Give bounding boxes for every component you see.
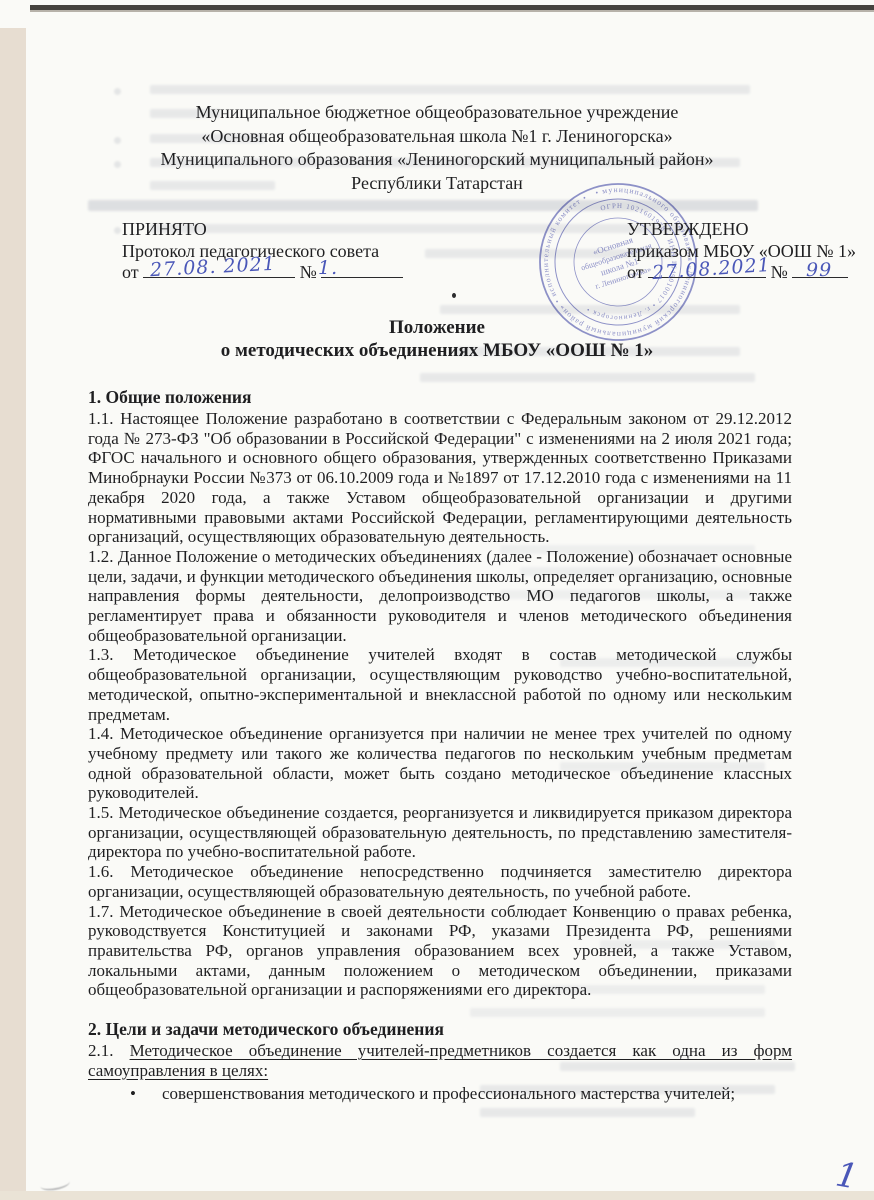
bullet-list-item: • совершенствования методического и проф… — [88, 1084, 792, 1104]
bleedthrough-bullet — [114, 227, 121, 234]
document-title-line-2: о методических объединениях МБОУ «ООШ № … — [0, 339, 874, 362]
scan-edge-top-shadow — [30, 10, 874, 12]
document-title-line-1: Положение — [0, 316, 874, 339]
scan-edge-bottom-strip — [0, 1191, 874, 1200]
document-title: Положение о методических объединениях МБ… — [0, 316, 874, 362]
paragraph-1-5: 1.5. Методическое объединение создается,… — [88, 803, 792, 862]
bullet-item-text: совершенствования методического и профес… — [162, 1084, 735, 1104]
bleedthrough-bullet — [114, 88, 121, 95]
letterhead-line-2: «Основная общеобразовательная школа №1 г… — [0, 125, 874, 149]
approved-title: УТВЕРЖДЕНО — [627, 219, 856, 241]
paragraph-2-1: 2.1. Методическое объединение учителей-п… — [88, 1041, 792, 1080]
bullet-marker: • — [130, 1084, 162, 1104]
bleedthrough-line — [150, 85, 750, 94]
accepted-from-label: от — [122, 262, 139, 282]
bleedthrough-line — [480, 1108, 695, 1117]
scanned-document-page: Муниципальное бюджетное общеобразователь… — [0, 0, 874, 1200]
ink-dot-artifact — [452, 293, 456, 298]
paragraph-1-2: 1.2. Данное Положение о методических объ… — [88, 547, 792, 646]
paragraph-1-7: 1.7. Методическое объединение в своей де… — [88, 902, 792, 1001]
letterhead: Муниципальное бюджетное общеобразователь… — [0, 101, 874, 195]
letterhead-line-3: Муниципального образования «Лениногорски… — [0, 148, 874, 172]
paragraph-2-1-text: Методическое объединение учителей-предме… — [88, 1041, 792, 1080]
handwritten-accepted-number: 1. — [318, 257, 338, 279]
section-2-heading: 2. Цели и задачи методического объединен… — [88, 1019, 792, 1039]
accepted-title: ПРИНЯТО — [122, 219, 403, 241]
approved-number-label: № — [771, 262, 788, 282]
paragraph-1-4: 1.4. Методическое объединение организует… — [88, 724, 792, 803]
letterhead-line-4: Республики Татарстан — [0, 172, 874, 196]
letterhead-line-1: Муниципальное бюджетное общеобразователь… — [0, 101, 874, 125]
paragraph-2-1-number: 2.1. — [88, 1041, 114, 1060]
paragraph-1-1: 1.1. Настоящее Положение разработано в с… — [88, 409, 792, 547]
scan-edge-left-strip — [0, 28, 26, 1200]
document-body: 1. Общие положения 1.1. Настоящее Положе… — [88, 387, 792, 1103]
bleedthrough-line — [420, 373, 755, 382]
paragraph-1-6: 1.6. Методическое объединение непосредст… — [88, 862, 792, 901]
accepted-number-label: № — [300, 262, 317, 282]
handwritten-approved-number: 99 — [806, 259, 832, 281]
section-1-heading: 1. Общие положения — [88, 387, 792, 407]
paragraph-1-3: 1.3. Методическое объединение учителей в… — [88, 645, 792, 724]
approved-from-label: от — [627, 262, 644, 282]
pencil-mark — [39, 1175, 71, 1192]
